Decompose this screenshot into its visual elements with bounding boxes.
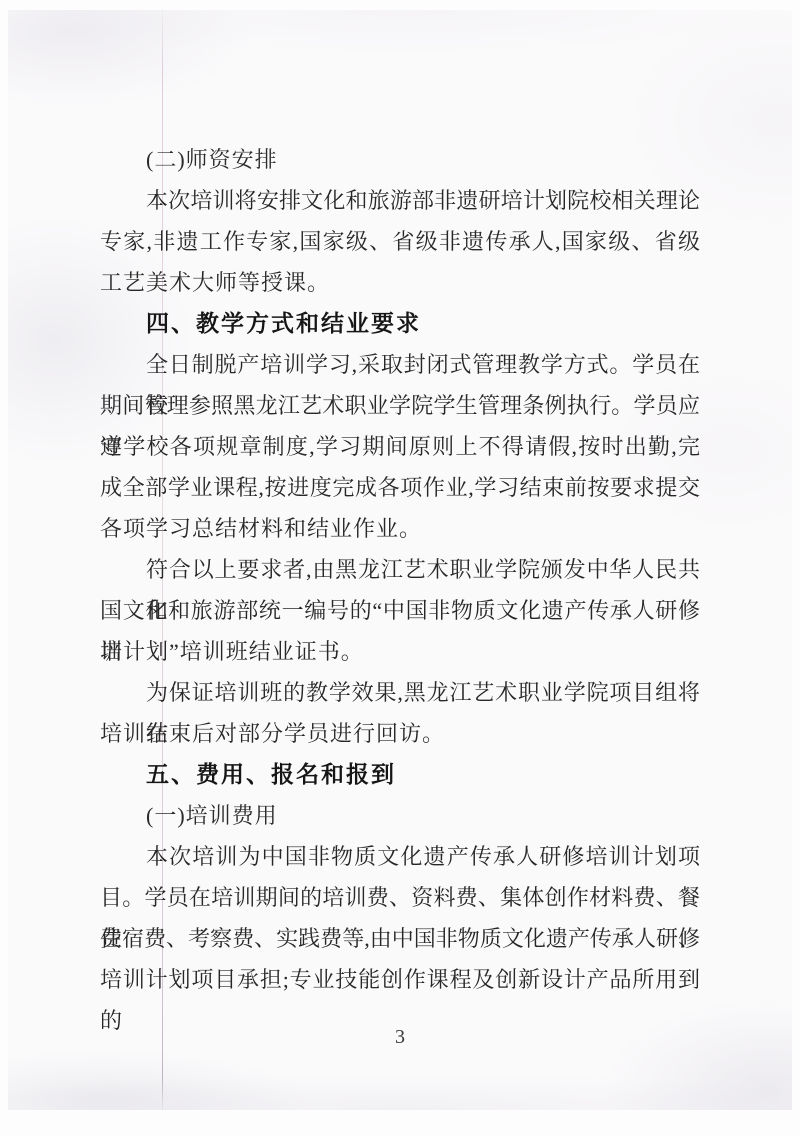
para-teachers-line-1: 本次培训将安排文化和旅游部非遗研培计划院校相关理论 xyxy=(100,180,700,221)
page-number: 3 xyxy=(0,1026,800,1049)
para-fee-line-4: 培训计划项目承担;专业技能创作课程及创新设计产品所用到的 xyxy=(100,959,700,1000)
document-body: (二)师资安排 本次培训将安排文化和旅游部非遗研培计划院校相关理论 专家,非遗工… xyxy=(100,139,700,1000)
para-fee-line-3: 住宿费、考察费、实践费等,由中国非物质文化遗产传承人研修 xyxy=(100,918,700,959)
para-teachers-line-2: 专家,非遗工作专家,国家级、省级非遗传承人,国家级、省级 xyxy=(100,221,700,262)
para-followup-line-2: 培训结束后对部分学员进行回访。 xyxy=(100,713,700,754)
subheading-training-fee: (一)培训费用 xyxy=(100,795,700,836)
heading-teaching-and-completion: 四、教学方式和结业要求 xyxy=(100,303,700,344)
para-fee-line-2: 目。学员在培训期间的培训费、资料费、集体创作材料费、餐费、 xyxy=(100,877,700,918)
para-fee-line-1: 本次培训为中国非物质文化遗产传承人研修培训计划项 xyxy=(100,836,700,877)
para-certificate-line-3: 训计划”培训班结业证书。 xyxy=(100,631,700,672)
para-teaching-line-1: 全日制脱产培训学习,采取封闭式管理教学方式。学员在校 xyxy=(100,344,700,385)
heading-fees-registration: 五、费用、报名和报到 xyxy=(100,754,700,795)
para-teaching-line-3: 守学校各项规章制度,学习期间原则上不得请假,按时出勤,完 xyxy=(100,426,700,467)
para-certificate-line-2: 国文化和旅游部统一编号的“中国非物质文化遗产传承人研修培 xyxy=(100,590,700,631)
para-teaching-line-2: 期间管理参照黑龙江艺术职业学院学生管理条例执行。学员应遵 xyxy=(100,385,700,426)
para-teaching-line-5: 各项学习总结材料和结业作业。 xyxy=(100,508,700,549)
para-teaching-line-4: 成全部学业课程,按进度完成各项作业,学习结束前按要求提交 xyxy=(100,467,700,508)
subheading-teacher-arrangement: (二)师资安排 xyxy=(100,139,700,180)
scanned-document-page: (二)师资安排 本次培训将安排文化和旅游部非遗研培计划院校相关理论 专家,非遗工… xyxy=(0,0,800,1136)
para-followup-line-1: 为保证培训班的教学效果,黑龙江艺术职业学院项目组将在 xyxy=(100,672,700,713)
para-certificate-line-1: 符合以上要求者,由黑龙江艺术职业学院颁发中华人民共和 xyxy=(100,549,700,590)
para-teachers-line-3: 工艺美术大师等授课。 xyxy=(100,262,700,303)
